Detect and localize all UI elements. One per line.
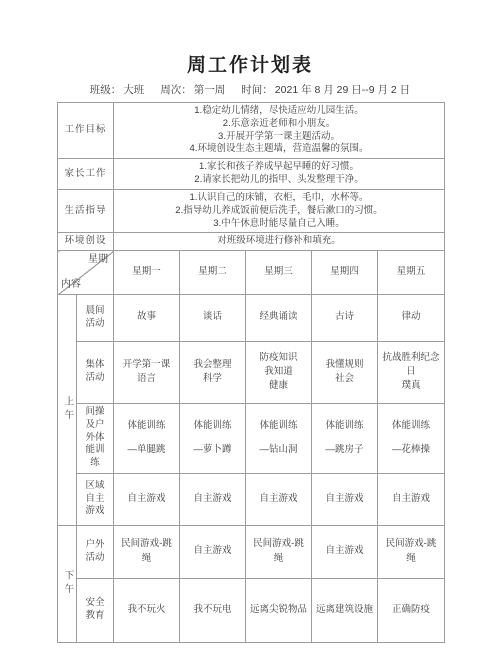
table-cell: 自主游戏: [312, 525, 378, 578]
corner-content-label: 内容: [61, 278, 81, 292]
day-header-thursday: 星期四: [312, 251, 378, 294]
table-cell: 开学第一课 语言: [114, 341, 180, 403]
table-cell: 律动: [378, 294, 445, 341]
weekday-header-row: 星期 内容 星期一 星期二 星期三 星期四 星期五: [58, 251, 445, 294]
table-cell: 体能训练 —花棒操: [378, 403, 445, 473]
table-cell: 体能训练 —跳房子: [312, 403, 378, 473]
table-cell: 自主游戏: [180, 525, 246, 578]
table-cell: 民间游戏-跳 绳: [246, 525, 312, 578]
date-field: 时间： 2021 年 8 月 29 日--9 月 2 日: [241, 82, 410, 97]
table-row: 间操 及户 外体 能训 练 体能训练 —单腿跳 体能训练 —萝卜蹲 体能训练 —…: [58, 403, 445, 473]
table-row: 区域 自主 游戏 自主游戏 自主游戏 自主游戏 自主游戏 自主游戏: [58, 473, 445, 525]
table-row: 下午 户外 活动 民间游戏-跳 绳 自主游戏 民间游戏-跳 绳 自主游戏 民间游…: [58, 525, 445, 578]
table-cell: 我不玩火: [114, 578, 180, 642]
table-cell: 故事: [114, 294, 180, 341]
class-field: 班级： 大班: [90, 82, 145, 97]
date-label: 时间：: [241, 82, 273, 97]
table-cell: 我懂规则 社会: [312, 341, 378, 403]
day-header-tuesday: 星期二: [180, 251, 246, 294]
page-title: 周工作计划表: [0, 0, 500, 77]
table-cell: 远离建筑设施: [312, 578, 378, 642]
corner-cell: 星期 内容: [58, 251, 114, 294]
day-header-wednesday: 星期三: [246, 251, 312, 294]
week-field: 周次： 第一周: [160, 82, 225, 97]
table-cell: 自主游戏: [180, 473, 246, 525]
table-row: 上午 晨间 活动 故事 谈话 经典诵读 古诗 律动: [58, 294, 445, 341]
table-cell: 自主游戏: [114, 473, 180, 525]
day-header-friday: 星期五: [378, 251, 445, 294]
table-cell: 我不玩电: [180, 578, 246, 642]
table-cell: 自主游戏: [312, 473, 378, 525]
parent-work-content: 1.家长和孩子养成早起早睡的好习惯。 2.请家长把幼儿的指甲、头发整理干净。: [114, 159, 445, 190]
table-cell: 经典诵读: [246, 294, 312, 341]
table-cell: 自主游戏: [378, 473, 445, 525]
category-group-activity: 集体 活动: [77, 341, 114, 403]
table-row: 集体 活动 开学第一课 语言 我会整理 科学 防疫知识 我知道 健康 我懂规则 …: [58, 341, 445, 403]
table-cell: 自主游戏: [246, 473, 312, 525]
period-label-morning: 上午: [58, 294, 77, 525]
document-page: 周工作计划表 班级： 大班 周次： 第一周 时间： 2021 年 8 月 29 …: [0, 0, 500, 667]
table-cell: 民间游戏-跳 绳: [378, 525, 445, 578]
meta-line: 班级： 大班 周次： 第一周 时间： 2021 年 8 月 29 日--9 月 …: [0, 82, 500, 97]
corner-week-label: 星期: [88, 253, 108, 267]
category-safety-education: 安全 教育: [77, 578, 114, 642]
week-value: 第一周: [194, 82, 226, 97]
week-label: 周次：: [160, 82, 192, 97]
table-row: 环境创设 对班级环境进行修补和填充。: [58, 233, 445, 251]
table-row: 家长工作 1.家长和孩子养成早起早睡的好习惯。 2.请家长把幼儿的指甲、头发整理…: [58, 159, 445, 190]
row-label-work-goals: 工作目标: [58, 103, 114, 159]
table-cell: 体能训练 —萝卜蹲: [180, 403, 246, 473]
table-cell: 民间游戏-跳 绳: [114, 525, 180, 578]
life-guidance-content: 1.认识自己的床铺，衣柜，毛巾，水杯等。 2.指导幼儿养成饭前便后洗手，餐后漱口…: [114, 189, 445, 232]
class-label: 班级：: [90, 82, 122, 97]
work-goals-content: 1.稳定幼儿情绪，尽快适应幼儿园生活。 2.乐意亲近老师和小朋友。 3.开展开学…: [114, 103, 445, 159]
table-row: 工作目标 1.稳定幼儿情绪，尽快适应幼儿园生活。 2.乐意亲近老师和小朋友。 3…: [58, 103, 445, 159]
table-cell: 谈话: [180, 294, 246, 341]
row-label-parent-work: 家长工作: [58, 159, 114, 190]
table-cell: 我会整理 科学: [180, 341, 246, 403]
row-label-life-guidance: 生活指导: [58, 189, 114, 232]
table-cell: 远离尖锐物品: [246, 578, 312, 642]
category-morning-activity: 晨间 活动: [77, 294, 114, 341]
category-outdoor-activity: 户外 活动: [77, 525, 114, 578]
class-value: 大班: [123, 82, 144, 97]
table-cell: 体能训练 —钻山洞: [246, 403, 312, 473]
weekly-plan-table: 工作目标 1.稳定幼儿情绪，尽快适应幼儿园生活。 2.乐意亲近老师和小朋友。 3…: [57, 102, 445, 643]
table-cell: 抗战胜利纪念 日 璞真: [378, 341, 445, 403]
table-cell: 正确防疫: [378, 578, 445, 642]
category-free-play-area: 区域 自主 游戏: [77, 473, 114, 525]
table-row: 安全 教育 我不玩火 我不玩电 远离尖锐物品 远离建筑设施 正确防疫: [58, 578, 445, 642]
table-cell: 古诗: [312, 294, 378, 341]
date-value: 2021 年 8 月 29 日--9 月 2 日: [275, 82, 410, 97]
day-header-monday: 星期一: [114, 251, 180, 294]
table-cell: 防疫知识 我知道 健康: [246, 341, 312, 403]
table-cell: 体能训练 —单腿跳: [114, 403, 180, 473]
period-label-afternoon: 下午: [58, 525, 77, 642]
table-row: 生活指导 1.认识自己的床铺，衣柜，毛巾，水杯等。 2.指导幼儿养成饭前便后洗手…: [58, 189, 445, 232]
environment-content: 对班级环境进行修补和填充。: [114, 233, 445, 251]
category-exercise-training: 间操 及户 外体 能训 练: [77, 403, 114, 473]
row-label-environment: 环境创设: [58, 233, 114, 251]
